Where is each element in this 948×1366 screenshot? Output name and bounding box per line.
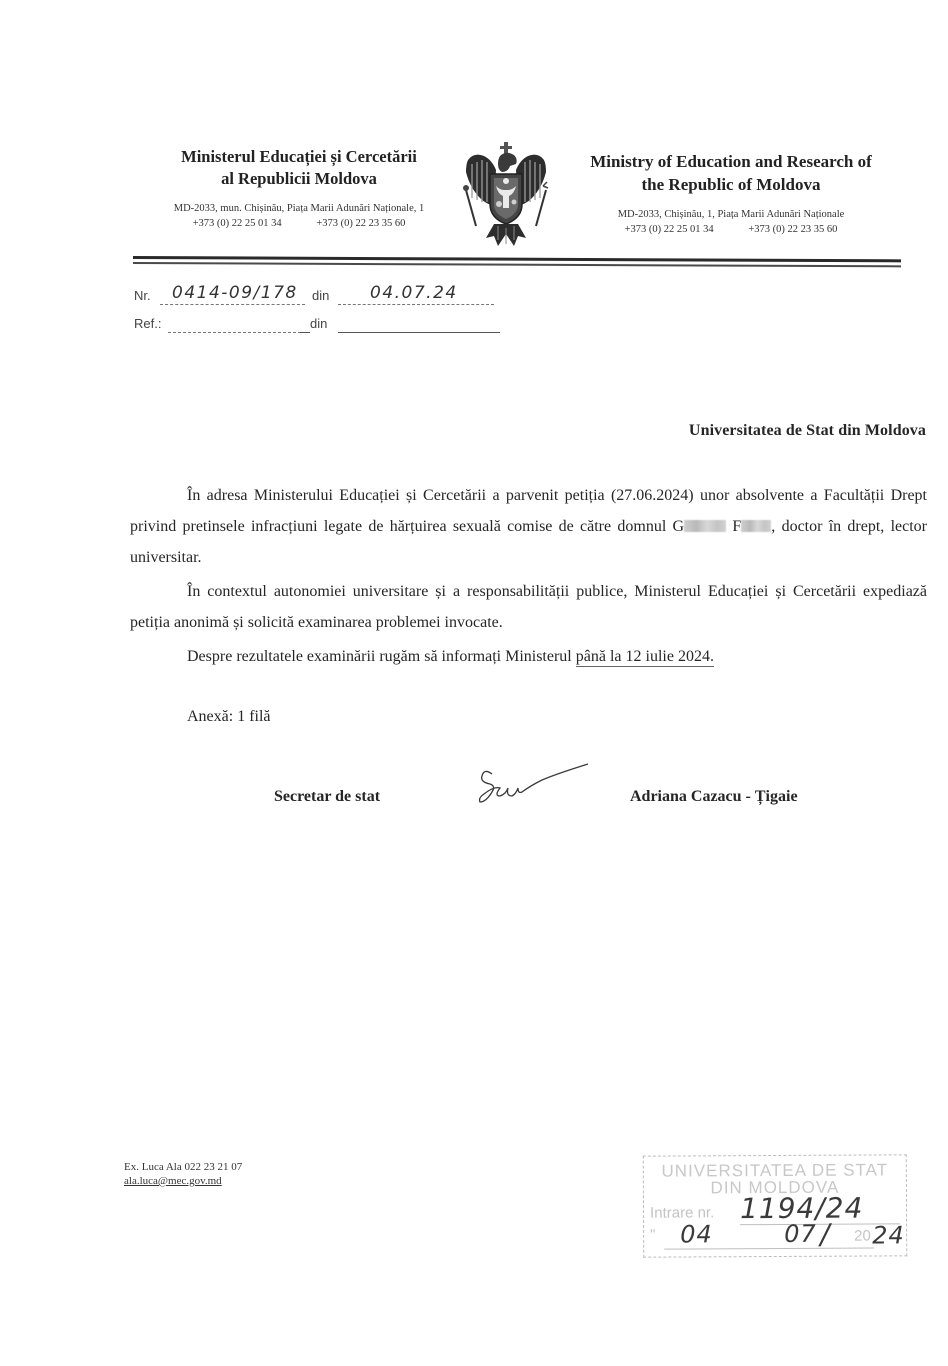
stamp-day: 04	[680, 1220, 713, 1248]
letterhead-en: Ministry of Education and Research of th…	[556, 150, 906, 237]
stamp-entry-label: Intrare nr.	[650, 1204, 714, 1221]
stamp-university-line1: UNIVERSITATEA DE STAT	[644, 1161, 906, 1179]
letter-body: În adresa Ministerului Educației și Cerc…	[130, 480, 927, 672]
letterhead-divider-thick	[133, 256, 901, 262]
paragraph-1: În adresa Ministerului Educației și Cerc…	[130, 480, 927, 573]
nr-label: Nr.	[134, 288, 151, 303]
paragraph-3: Despre rezultatele examinării rugăm să i…	[130, 641, 927, 672]
deadline-date: până la 12 iulie 2024.	[576, 648, 714, 667]
stamp-quote-mark: "	[650, 1227, 655, 1244]
letterhead-divider-thin	[133, 262, 901, 267]
handwritten-signature-icon	[470, 760, 590, 810]
phone-1: +373 (0) 22 25 01 34	[625, 223, 714, 237]
nr-din-label: din	[312, 288, 329, 303]
ministry-address-ro: MD-2033, mun. Chișinău, Piața Marii Adun…	[126, 200, 472, 217]
incoming-registration-stamp: UNIVERSITATEA DE STAT DIN MOLDOVA Intrar…	[643, 1154, 908, 1257]
phone-2: +373 (0) 22 23 35 60	[748, 223, 837, 237]
redacted-first-name: G	[673, 518, 727, 535]
stamp-year-prefix: 20	[854, 1227, 871, 1244]
ministry-phones-ro: +373 (0) 22 25 01 34 +373 (0) 22 23 35 6…	[126, 217, 472, 231]
ref-underline-end	[300, 332, 310, 333]
phone-1: +373 (0) 22 25 01 34	[193, 217, 282, 231]
executor-name-phone: Ex. Luca Ala 022 23 21 07	[124, 1160, 242, 1174]
ref-underline	[168, 332, 301, 333]
recipient: Universitatea de Stat din Moldova	[689, 422, 926, 440]
ministry-name-ro-line2: al Republicii Moldova	[126, 168, 472, 190]
stamp-slash: /	[820, 1218, 831, 1251]
phone-2: +373 (0) 22 23 35 60	[316, 217, 405, 231]
nr-underline	[160, 304, 305, 305]
ministry-name-en-line1: Ministry of Education and Research of	[556, 150, 906, 173]
stamp-month: 07	[784, 1220, 817, 1248]
annex-note: Anexă: 1 filă	[187, 708, 271, 726]
letterhead-ro: Ministerul Educației și Cercetării al Re…	[126, 146, 472, 231]
signatory-role: Secretar de stat	[274, 788, 380, 806]
coat-of-arms-icon	[458, 138, 554, 256]
ministry-name-ro-line1: Ministerul Educației și Cercetării	[126, 146, 472, 168]
ref-din-label: din	[310, 316, 327, 331]
paragraph-2: În contextul autonomiei universitare și …	[130, 576, 927, 638]
din-underline	[338, 304, 494, 305]
redacted-last-name: F	[732, 518, 771, 535]
nr-value: 0414-09/178	[172, 283, 298, 303]
ref-din-underline	[338, 332, 500, 333]
din-value: 04.07.24	[370, 283, 458, 303]
ref-label: Ref.:	[134, 316, 161, 331]
ministry-name-en-line2: the Republic of Moldova	[556, 173, 906, 196]
executor-info: Ex. Luca Ala 022 23 21 07 ala.luca@mec.g…	[124, 1160, 242, 1188]
executor-email[interactable]: ala.luca@mec.gov.md	[124, 1174, 242, 1188]
stamp-year-suffix: 24	[872, 1221, 905, 1249]
signatory-name: Adriana Cazacu - Țigaie	[630, 788, 798, 806]
ministry-phones-en: +373 (0) 22 25 01 34 +373 (0) 22 23 35 6…	[556, 223, 906, 237]
ministry-address-en: MD-2033, Chișinău, 1, Piața Marii Adunăr…	[556, 206, 906, 223]
